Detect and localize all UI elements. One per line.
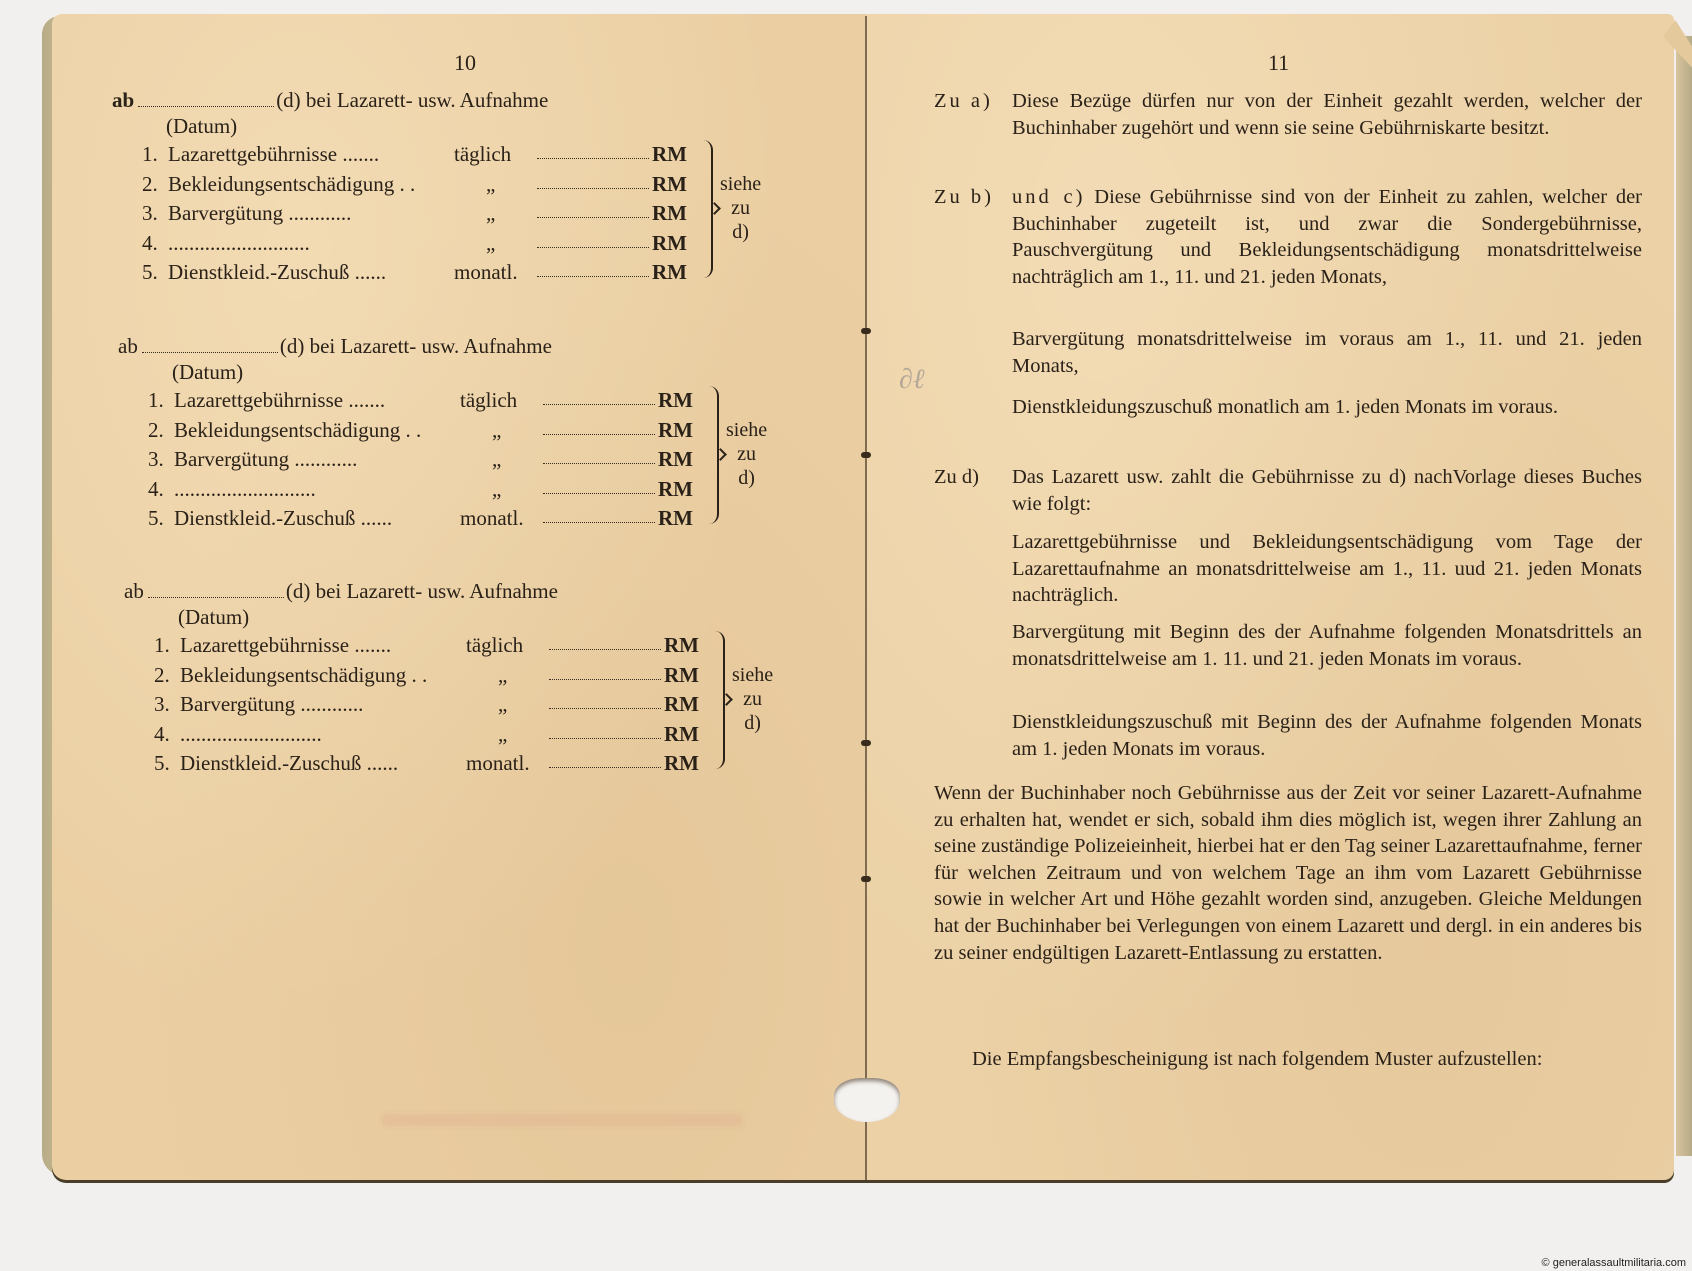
ab-date-line: ab(d) bei Lazarett- usw. Aufnahme: [118, 334, 552, 360]
date-blank: [148, 596, 284, 598]
list-item: 2.Bekleidungsentschädigung . .„RM: [118, 418, 552, 448]
list-item: 2.Bekleidungsentschädigung . .„RM: [112, 172, 548, 202]
row-number: 4.: [148, 477, 164, 502]
payment-block-3: ab(d) bei Lazarett- usw. Aufnahme (Datum…: [124, 579, 558, 781]
list-item: 3.Barvergütung ............„RM: [118, 447, 552, 477]
amount-blank: [543, 434, 655, 435]
list-item: 2.Bekleidungsentschädigung . .„RM: [124, 663, 558, 693]
row-label: Dienstkleid.-Zuschuß ......: [180, 751, 398, 776]
block-header: (d) bei Lazarett- usw. Aufnahme: [280, 334, 552, 358]
brace-note: siehe zu d): [726, 418, 767, 490]
section-lazarett-payments: Lazarettgebührnisse und Bekleidungsentsc…: [1012, 529, 1642, 609]
amount-blank: [543, 404, 655, 405]
currency-label: RM: [664, 692, 699, 717]
brace-note: siehe zu d): [720, 172, 761, 244]
date-blank: [138, 105, 274, 107]
section-dienstkleidung-beginn: Dienstkleidungszuschuß mit Beginn des de…: [1012, 709, 1642, 762]
section-zu-d: Zu d) Das Lazarett usw. zahlt die Gebühr…: [1012, 464, 1642, 517]
faint-red-mark: [382, 1114, 742, 1126]
ab-label: ab: [124, 579, 144, 603]
amount-blank: [537, 217, 649, 218]
currency-label: RM: [652, 142, 687, 167]
row-number: 1.: [142, 142, 158, 167]
amount-blank: [543, 522, 655, 523]
list-item: 1.Lazarettgebührnisse .......täglichRM: [118, 388, 552, 418]
brace-note: siehe zu d): [732, 663, 773, 735]
row-label: Lazarettgebührnisse .......: [168, 142, 379, 167]
row-unit: monatl.: [460, 506, 524, 531]
row-number: 3.: [154, 692, 170, 717]
section-text: Barvergütung mit Beginn des der Aufnahme…: [1012, 621, 1642, 670]
row-unit: täglich: [466, 633, 523, 658]
final-paragraph: Die Empfangsbescheinigung ist nach folge…: [934, 1046, 1642, 1073]
amount-blank: [549, 708, 661, 709]
row-unit: täglich: [454, 142, 511, 167]
section-text: Das Lazarett usw. zahlt die Gebührnisse …: [1012, 466, 1642, 515]
section-zu-a: Zu a) Diese Bezüge dürfen nur von der Ei…: [1012, 88, 1642, 141]
currency-label: RM: [658, 506, 693, 531]
row-number: 3.: [142, 201, 158, 226]
currency-label: RM: [652, 201, 687, 226]
pencil-mark: ∂ℓ: [899, 364, 925, 396]
torn-hole: [834, 1078, 900, 1122]
brace-note-line: zu: [720, 196, 761, 220]
section-barvergutung-beginn: Barvergütung mit Beginn des der Aufnahme…: [1012, 619, 1642, 672]
ab-date-line: ab(d) bei Lazarett- usw. Aufnahme: [112, 88, 548, 114]
brace-note-line: zu: [726, 442, 767, 466]
amount-blank: [543, 493, 655, 494]
section-text: Diese Gebührnisse sind von der Einheit z…: [1012, 186, 1642, 288]
section-label-extra: und c): [1012, 186, 1085, 208]
currency-label: RM: [658, 418, 693, 443]
left-page: 10 ab(d) bei Lazarett- usw. Aufnahme (Da…: [52, 14, 870, 1180]
curly-brace: [703, 386, 719, 524]
copyright-watermark: © generalassaultmilitaria.com: [1542, 1257, 1686, 1269]
section-text: Lazarettgebührnisse und Bekleidungsentsc…: [1012, 531, 1642, 606]
row-number: 3.: [148, 447, 164, 472]
row-unit: monatl.: [454, 260, 518, 285]
row-label: Barvergütung ............: [168, 201, 351, 226]
row-number: 2.: [142, 172, 158, 197]
brace-note-line: d): [726, 466, 767, 490]
row-unit: „: [486, 201, 495, 226]
row-unit: monatl.: [466, 751, 530, 776]
datum-label: (Datum): [166, 114, 548, 142]
row-unit: „: [492, 477, 501, 502]
block-header: (d) bei Lazarett- usw. Aufnahme: [286, 579, 558, 603]
row-number: 5.: [154, 751, 170, 776]
currency-label: RM: [664, 663, 699, 688]
currency-label: RM: [658, 447, 693, 472]
list-item: 1.Lazarettgebührnisse .......täglichRM: [112, 142, 548, 172]
currency-label: RM: [658, 388, 693, 413]
section-dienstkleidung: Dienstkleidungszuschuß monatlich am 1. j…: [1012, 394, 1642, 421]
brace-note-line: siehe: [720, 172, 761, 196]
list-item: 5.Dienstkleid.-Zuschuß ......monatl.RM: [118, 506, 552, 536]
section-zu-b: Zu b) und c) Diese Gebührnisse sind von …: [1012, 184, 1642, 290]
row-label: ...........................: [168, 231, 310, 256]
list-item: 1.Lazarettgebührnisse .......täglichRM: [124, 633, 558, 663]
closing-paragraph: Wenn der Buchinhaber noch Gebührnisse au…: [934, 780, 1642, 966]
amount-blank: [549, 767, 661, 768]
row-unit: „: [486, 231, 495, 256]
currency-label: RM: [664, 633, 699, 658]
currency-label: RM: [652, 172, 687, 197]
brace-note-line: siehe: [726, 418, 767, 442]
currency-label: RM: [658, 477, 693, 502]
row-label: Lazarettgebührnisse .......: [174, 388, 385, 413]
amount-blank: [537, 188, 649, 189]
row-label: Barvergütung ............: [180, 692, 363, 717]
list-item: 3.Barvergütung ............„RM: [112, 201, 548, 231]
section-label: Zu b): [934, 184, 994, 211]
staple-top: [861, 328, 871, 334]
brace-note-line: d): [720, 220, 761, 244]
list-item: 4............................„RM: [124, 722, 558, 752]
row-label: Bekleidungsentschädigung . .: [174, 418, 421, 443]
currency-label: RM: [652, 231, 687, 256]
row-unit: „: [486, 172, 495, 197]
page-number-right: 11: [1268, 50, 1289, 76]
row-unit: „: [498, 692, 507, 717]
right-page: 11 Zu a) Diese Bezüge dürfen nur von der…: [866, 14, 1674, 1180]
open-booklet: 10 ab(d) bei Lazarett- usw. Aufnahme (Da…: [22, 6, 1692, 1182]
section-text: Dienstkleidungszuschuß monatlich am 1. j…: [1012, 396, 1558, 418]
row-label: Dienstkleid.-Zuschuß ......: [168, 260, 386, 285]
section-text: Dienstkleidungszuschuß mit Beginn des de…: [1012, 711, 1642, 760]
amount-blank: [537, 276, 649, 277]
payment-block-1: ab(d) bei Lazarett- usw. Aufnahme (Datum…: [112, 88, 548, 290]
datum-label: (Datum): [178, 605, 558, 633]
list-item: 4............................„RM: [118, 477, 552, 507]
row-number: 5.: [142, 260, 158, 285]
ab-label: ab: [118, 334, 138, 358]
list-item: 5.Dienstkleid.-Zuschuß ......monatl.RM: [112, 260, 548, 290]
cover-edge-right: [1676, 36, 1692, 1156]
row-number: 5.: [148, 506, 164, 531]
row-label: Bekleidungsentschädigung . .: [168, 172, 415, 197]
section-text: Diese Bezüge dürfen nur von der Einheit …: [1012, 90, 1642, 139]
row-number: 4.: [142, 231, 158, 256]
row-unit: „: [498, 663, 507, 688]
amount-blank: [537, 158, 649, 159]
date-blank: [142, 351, 278, 353]
brace-note-line: zu: [732, 687, 773, 711]
amount-blank: [549, 679, 661, 680]
row-label: ...........................: [180, 722, 322, 747]
amount-blank: [549, 738, 661, 739]
row-label: Bekleidungsentschädigung . .: [180, 663, 427, 688]
book-spine: [865, 16, 867, 1180]
brace-note-line: siehe: [732, 663, 773, 687]
list-item: 4............................„RM: [112, 231, 548, 261]
row-unit: täglich: [460, 388, 517, 413]
row-unit: „: [492, 418, 501, 443]
row-unit: „: [492, 447, 501, 472]
row-number: 2.: [154, 663, 170, 688]
section-barvergutung: Barvergütung monatsdrittelweise im vorau…: [1012, 326, 1642, 379]
ab-label: ab: [112, 88, 134, 112]
row-number: 1.: [148, 388, 164, 413]
staple-low: [861, 740, 871, 746]
amount-blank: [549, 649, 661, 650]
staple-bottom: [861, 876, 871, 882]
row-number: 2.: [148, 418, 164, 443]
list-item: 5.Dienstkleid.-Zuschuß ......monatl.RM: [124, 751, 558, 781]
ab-date-line: ab(d) bei Lazarett- usw. Aufnahme: [124, 579, 558, 605]
row-label: Dienstkleid.-Zuschuß ......: [174, 506, 392, 531]
staple-mid: [861, 452, 871, 458]
curly-brace: [697, 140, 713, 278]
row-label: Barvergütung ............: [174, 447, 357, 472]
section-text: Barvergütung monatsdrittelweise im vorau…: [1012, 328, 1642, 377]
amount-blank: [537, 247, 649, 248]
list-item: 3.Barvergütung ............„RM: [124, 692, 558, 722]
row-number: 1.: [154, 633, 170, 658]
section-label: Zu a): [934, 88, 993, 115]
currency-label: RM: [652, 260, 687, 285]
row-label: Lazarettgebührnisse .......: [180, 633, 391, 658]
brace-note-line: d): [732, 711, 773, 735]
row-label: ...........................: [174, 477, 316, 502]
datum-label: (Datum): [172, 360, 552, 388]
page-number-left: 10: [454, 50, 476, 76]
curly-brace: [709, 631, 725, 769]
row-unit: „: [498, 722, 507, 747]
section-label: Zu d): [934, 464, 979, 491]
currency-label: RM: [664, 751, 699, 776]
currency-label: RM: [664, 722, 699, 747]
block-header: (d) bei Lazarett- usw. Aufnahme: [276, 88, 548, 112]
amount-blank: [543, 463, 655, 464]
row-number: 4.: [154, 722, 170, 747]
payment-block-2: ab(d) bei Lazarett- usw. Aufnahme (Datum…: [118, 334, 552, 536]
